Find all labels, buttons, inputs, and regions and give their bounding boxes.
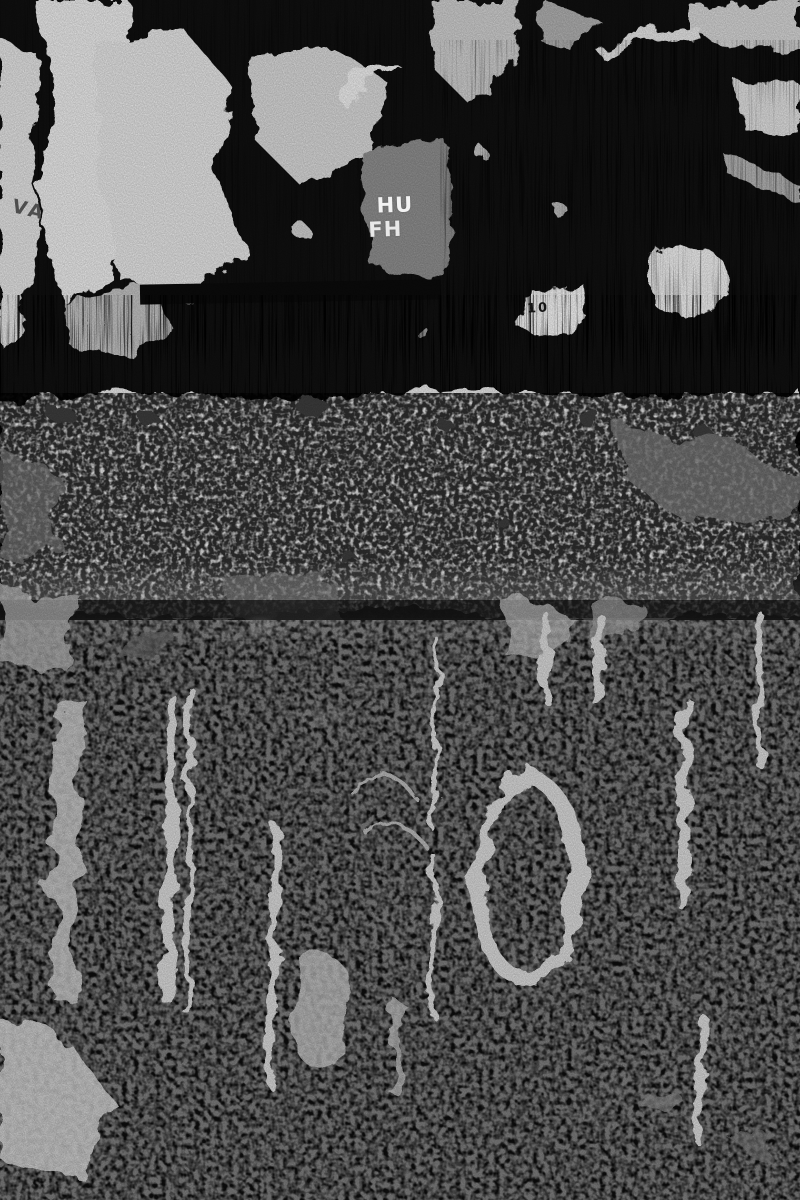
number-scrap: 10 — [527, 300, 550, 316]
wall-texture-art — [0, 0, 800, 1200]
poster-letters-line2: FH — [368, 216, 414, 242]
poster-letter-fragments: HUFH — [376, 192, 414, 241]
grunge-wall-photo: HUFH VA 10 — [0, 0, 800, 1200]
poster-letters-line1: HU — [376, 192, 413, 217]
film-grain-overlay — [0, 0, 800, 1200]
